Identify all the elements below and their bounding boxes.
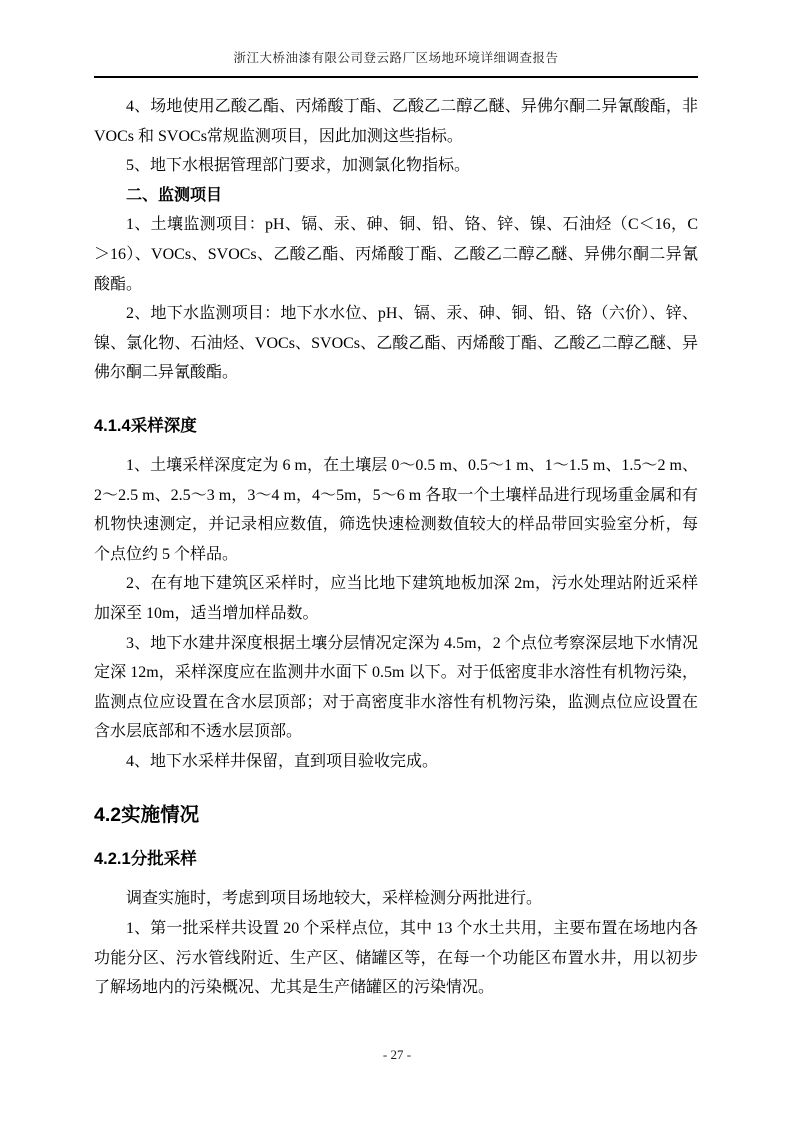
- page-header: 浙江大桥油漆有限公司登云路厂区场地环境详细调查报告: [94, 50, 698, 78]
- page-number: - 27 -: [383, 1047, 411, 1062]
- body-paragraph: 2、地下水监测项目：地下水水位、pH、镉、汞、砷、铜、铅、铬（六价）、锌、镍、氯…: [94, 299, 698, 388]
- body-paragraph: 3、地下水建井深度根据土壤分层情况定深为 4.5m，2 个点位考察深层地下水情况…: [94, 629, 698, 747]
- body-paragraph: 4、场地使用乙酸乙酯、丙烯酸丁酯、乙酸乙二醇乙醚、异佛尔酮二异氰酸酯，非 VOC…: [94, 92, 698, 151]
- body-paragraph: 1、第一批采样共设置 20 个采样点位，其中 13 个水土共用，主要布置在场地内…: [94, 914, 698, 1003]
- subsection-heading: 二、监测项目: [94, 181, 698, 211]
- body-paragraph: 2、在有地下建筑区采样时，应当比地下建筑地板加深 2m，污水处理站附近采样加深至…: [94, 569, 698, 628]
- document-page: 浙江大桥油漆有限公司登云路厂区场地环境详细调查报告 4、场地使用乙酸乙酯、丙烯酸…: [0, 0, 794, 1123]
- body-paragraph: 5、地下水根据管理部门要求，加测氯化物指标。: [94, 151, 698, 181]
- subsection-heading: 4.1.4采样深度: [94, 416, 698, 437]
- body-paragraph: 调查实施时，考虑到项目场地较大，采样检测分两批进行。: [94, 884, 698, 914]
- page-footer: - 27 -: [0, 1047, 794, 1063]
- document-body: 4、场地使用乙酸乙酯、丙烯酸丁酯、乙酸乙二醇乙醚、异佛尔酮二异氰酸酯，非 VOC…: [94, 78, 698, 1003]
- section-heading: 4.2实施情况: [94, 803, 698, 827]
- body-paragraph: 1、土壤采样深度定为 6 m，在土壤层 0～0.5 m、0.5～1 m、1～1.…: [94, 451, 698, 569]
- subsection-heading: 4.2.1分批采样: [94, 849, 698, 870]
- body-paragraph: 4、地下水采样井保留，直到项目验收完成。: [94, 747, 698, 777]
- header-title: 浙江大桥油漆有限公司登云路厂区场地环境详细调查报告: [94, 50, 698, 67]
- body-paragraph: 1、土壤监测项目：pH、镉、汞、砷、铜、铅、铬、锌、镍、石油烃（C＜16，C＞1…: [94, 210, 698, 299]
